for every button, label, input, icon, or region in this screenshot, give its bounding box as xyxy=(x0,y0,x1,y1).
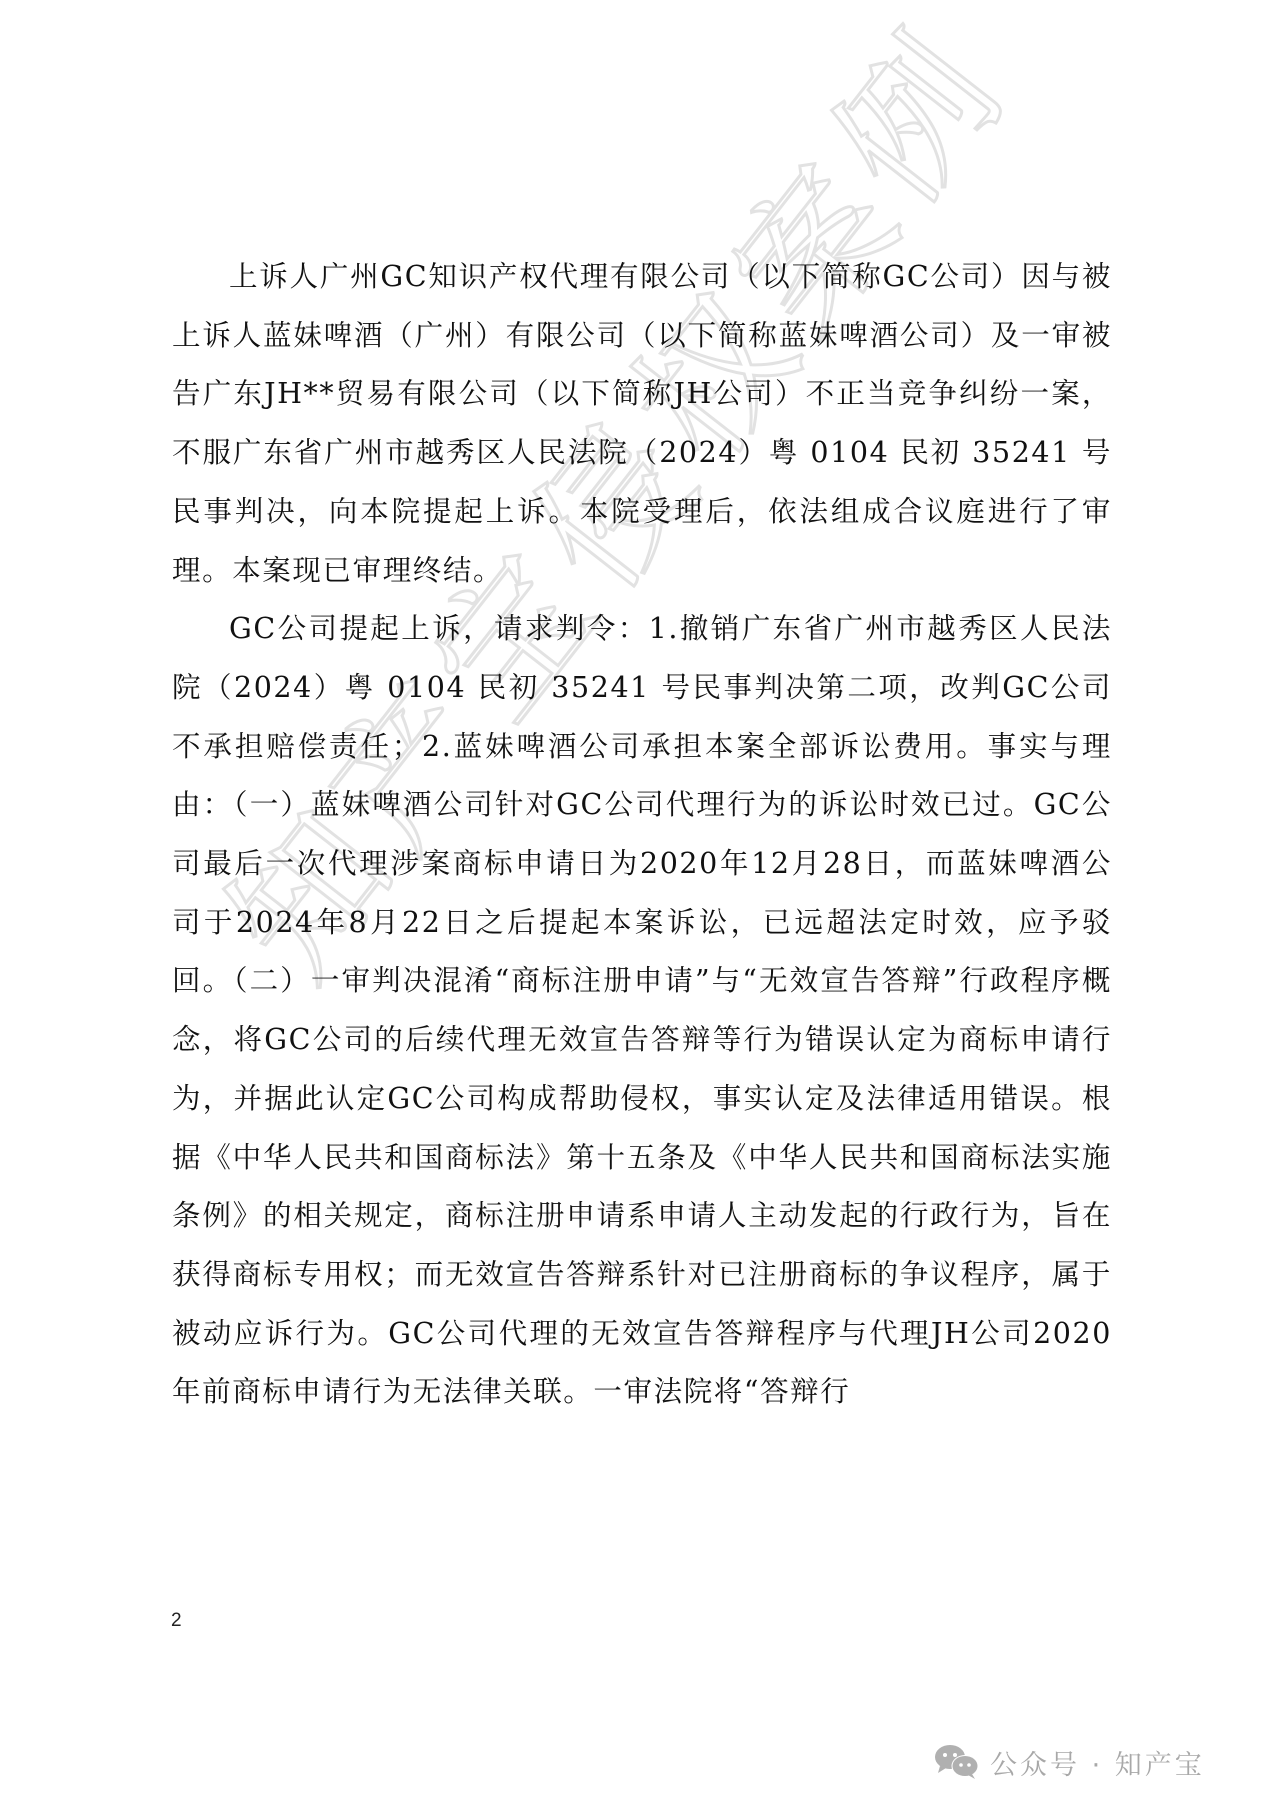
paragraph-appeal-claims: GC公司提起上诉，请求判令：1.撤销广东省广州市越秀区人民法院（2024）粤 0… xyxy=(172,600,1112,1422)
footer-brand-text: 公众号 · 知产宝 xyxy=(990,1743,1205,1782)
paragraph-appeal-intro: 上诉人广州GC知识产权代理有限公司（以下简称GC公司）因与被上诉人蓝妹啤酒（广州… xyxy=(172,248,1112,600)
page-number: 2 xyxy=(171,1610,182,1632)
document-body: 上诉人广州GC知识产权代理有限公司（以下简称GC公司）因与被上诉人蓝妹啤酒（广州… xyxy=(172,248,1112,1422)
footer-brand: 公众号 · 知产宝 xyxy=(934,1742,1205,1782)
document-page: 知产宝侵权案例 上诉人广州GC知识产权代理有限公司（以下简称GC公司）因与被上诉… xyxy=(0,0,1280,1810)
wechat-icon xyxy=(934,1744,980,1780)
